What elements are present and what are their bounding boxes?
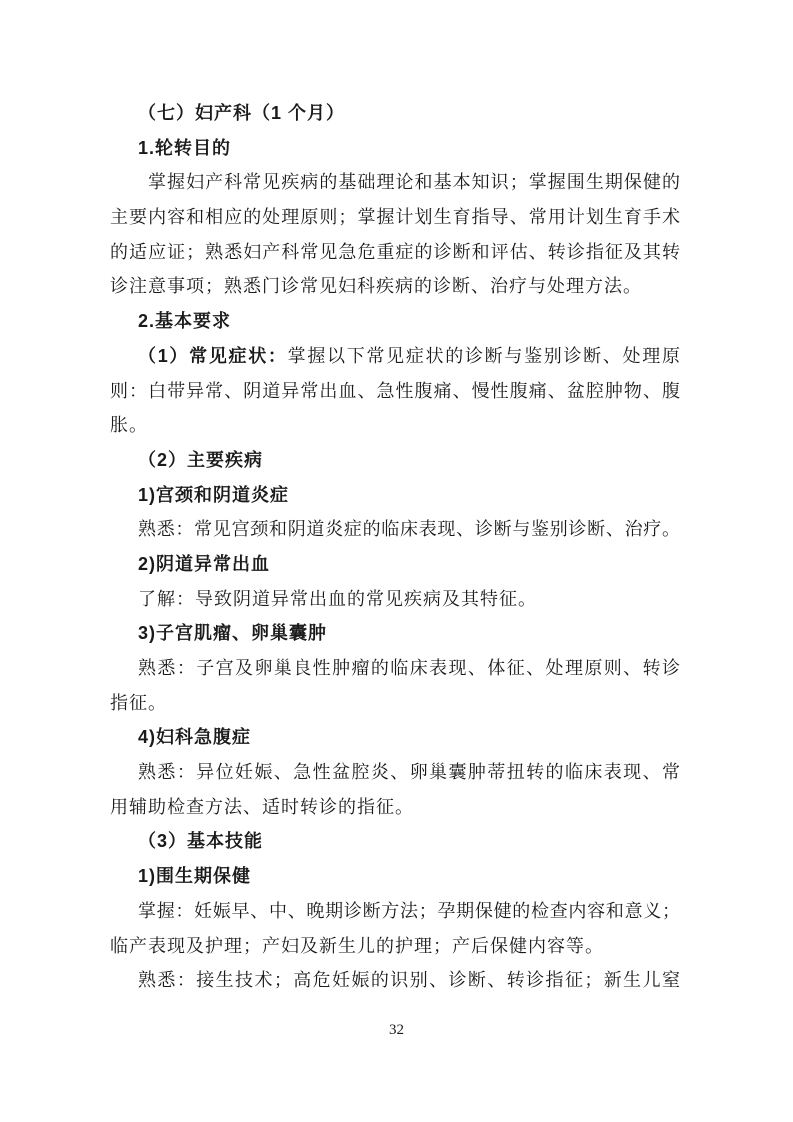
text-line: 4)妇科急腹症 (110, 720, 680, 755)
text-line: 熟悉：异位妊娠、急性盆腔炎、卵巢囊肿蒂扭转的临床表现、常 (110, 755, 680, 790)
text-run: 主要内容和相应的处理原则；掌握计划生育指导、常用计划生育手术 (110, 207, 680, 227)
text-line: 的适应证；熟悉妇产科常见急危重症的诊断和评估、转诊指征及其转 (110, 235, 680, 270)
text-run-bold: 2.基本要求 (138, 311, 231, 331)
text-run: 的适应证；熟悉妇产科常见急危重症的诊断和评估、转诊指征及其转 (110, 242, 680, 262)
text-line: （1）常见症状：掌握以下常见症状的诊断与鉴别诊断、处理原 (110, 339, 680, 374)
text-line: （3）基本技能 (110, 824, 680, 859)
text-run: 掌握妇产科常见疾病的基础理论和基本知识；掌握围生期保健的 (148, 172, 680, 192)
text-run: 了解：导致阴道异常出血的常见疾病及其特征。 (138, 589, 537, 609)
text-line: 诊注意事项；熟悉门诊常见妇科疾病的诊断、治疗与处理方法。 (110, 269, 680, 304)
text-line: 则：白带异常、阴道异常出血、急性腹痛、慢性腹痛、盆腔肿物、腹 (110, 374, 680, 409)
text-run: 胀。 (110, 415, 148, 435)
text-run-bold: 1.轮转目的 (138, 138, 231, 158)
text-run: 掌握：妊娠早、中、晚期诊断方法；孕期保健的检查内容和意义； (138, 901, 680, 921)
text-run-bold: 4)妇科急腹症 (138, 727, 251, 747)
text-line: 1.轮转目的 (110, 131, 680, 166)
text-line: 临产表现及护理；产妇及新生儿的护理；产后保健内容等。 (110, 929, 680, 964)
text-run-bold: （2）主要疾病 (138, 450, 263, 470)
text-line: 1)宫颈和阴道炎症 (110, 478, 680, 513)
text-run: 掌握以下常见症状的诊断与鉴别诊断、处理原 (288, 346, 680, 366)
text-line: 了解：导致阴道异常出血的常见疾病及其特征。 (110, 582, 680, 617)
text-run-bold: （1）常见症状： (138, 346, 288, 366)
text-run: 临产表现及护理；产妇及新生儿的护理；产后保健内容等。 (110, 936, 604, 956)
text-line: 熟悉：子宫及卵巢良性肿瘤的临床表现、体征、处理原则、转诊 (110, 651, 680, 686)
text-line: 用辅助检查方法、适时转诊的指征。 (110, 790, 680, 825)
text-line: 熟悉：接生技术；高危妊娠的识别、诊断、转诊指征；新生儿窒 (110, 963, 680, 998)
text-line: 2)阴道异常出血 (110, 547, 680, 582)
document-page: （七）妇产科（1 个月）1.轮转目的掌握妇产科常见疾病的基础理论和基本知识；掌握… (0, 0, 793, 1122)
text-line: 掌握妇产科常见疾病的基础理论和基本知识；掌握围生期保健的 (110, 165, 680, 200)
text-line: 掌握：妊娠早、中、晚期诊断方法；孕期保健的检查内容和意义； (110, 894, 680, 929)
text-line: 主要内容和相应的处理原则；掌握计划生育指导、常用计划生育手术 (110, 200, 680, 235)
text-run: 则：白带异常、阴道异常出血、急性腹痛、慢性腹痛、盆腔肿物、腹 (110, 381, 680, 401)
text-line: 指征。 (110, 686, 680, 721)
text-line: （七）妇产科（1 个月） (110, 96, 680, 131)
text-run: 用辅助检查方法、适时转诊的指征。 (110, 797, 414, 817)
text-run-bold: 2)阴道异常出血 (138, 554, 270, 574)
text-run-bold: （3）基本技能 (138, 831, 263, 851)
document-content: （七）妇产科（1 个月）1.轮转目的掌握妇产科常见疾病的基础理论和基本知识；掌握… (110, 96, 680, 998)
text-line: 熟悉：常见宫颈和阴道炎症的临床表现、诊断与鉴别诊断、治疗。 (110, 512, 680, 547)
text-run-bold: 1)宫颈和阴道炎症 (138, 485, 289, 505)
text-run: 熟悉：子宫及卵巢良性肿瘤的临床表现、体征、处理原则、转诊 (138, 658, 680, 678)
page-number: 32 (0, 1022, 793, 1039)
text-run: 熟悉：常见宫颈和阴道炎症的临床表现、诊断与鉴别诊断、治疗。 (138, 519, 680, 539)
text-line: 胀。 (110, 408, 680, 443)
text-run-bold: 1)围生期保健 (138, 866, 251, 886)
text-run: 诊注意事项；熟悉门诊常见妇科疾病的诊断、治疗与处理方法。 (110, 276, 642, 296)
text-line: 3)子宫肌瘤、卵巢囊肿 (110, 616, 680, 651)
text-run: 指征。 (110, 693, 167, 713)
text-line: 2.基本要求 (110, 304, 680, 339)
text-run-bold: （七）妇产科（1 个月） (138, 103, 345, 123)
text-run: 熟悉：异位妊娠、急性盆腔炎、卵巢囊肿蒂扭转的临床表现、常 (138, 762, 680, 782)
text-run-bold: 3)子宫肌瘤、卵巢囊肿 (138, 623, 327, 643)
text-line: （2）主要疾病 (110, 443, 680, 478)
text-run: 熟悉：接生技术；高危妊娠的识别、诊断、转诊指征；新生儿窒 (138, 970, 680, 990)
text-line: 1)围生期保健 (110, 859, 680, 894)
